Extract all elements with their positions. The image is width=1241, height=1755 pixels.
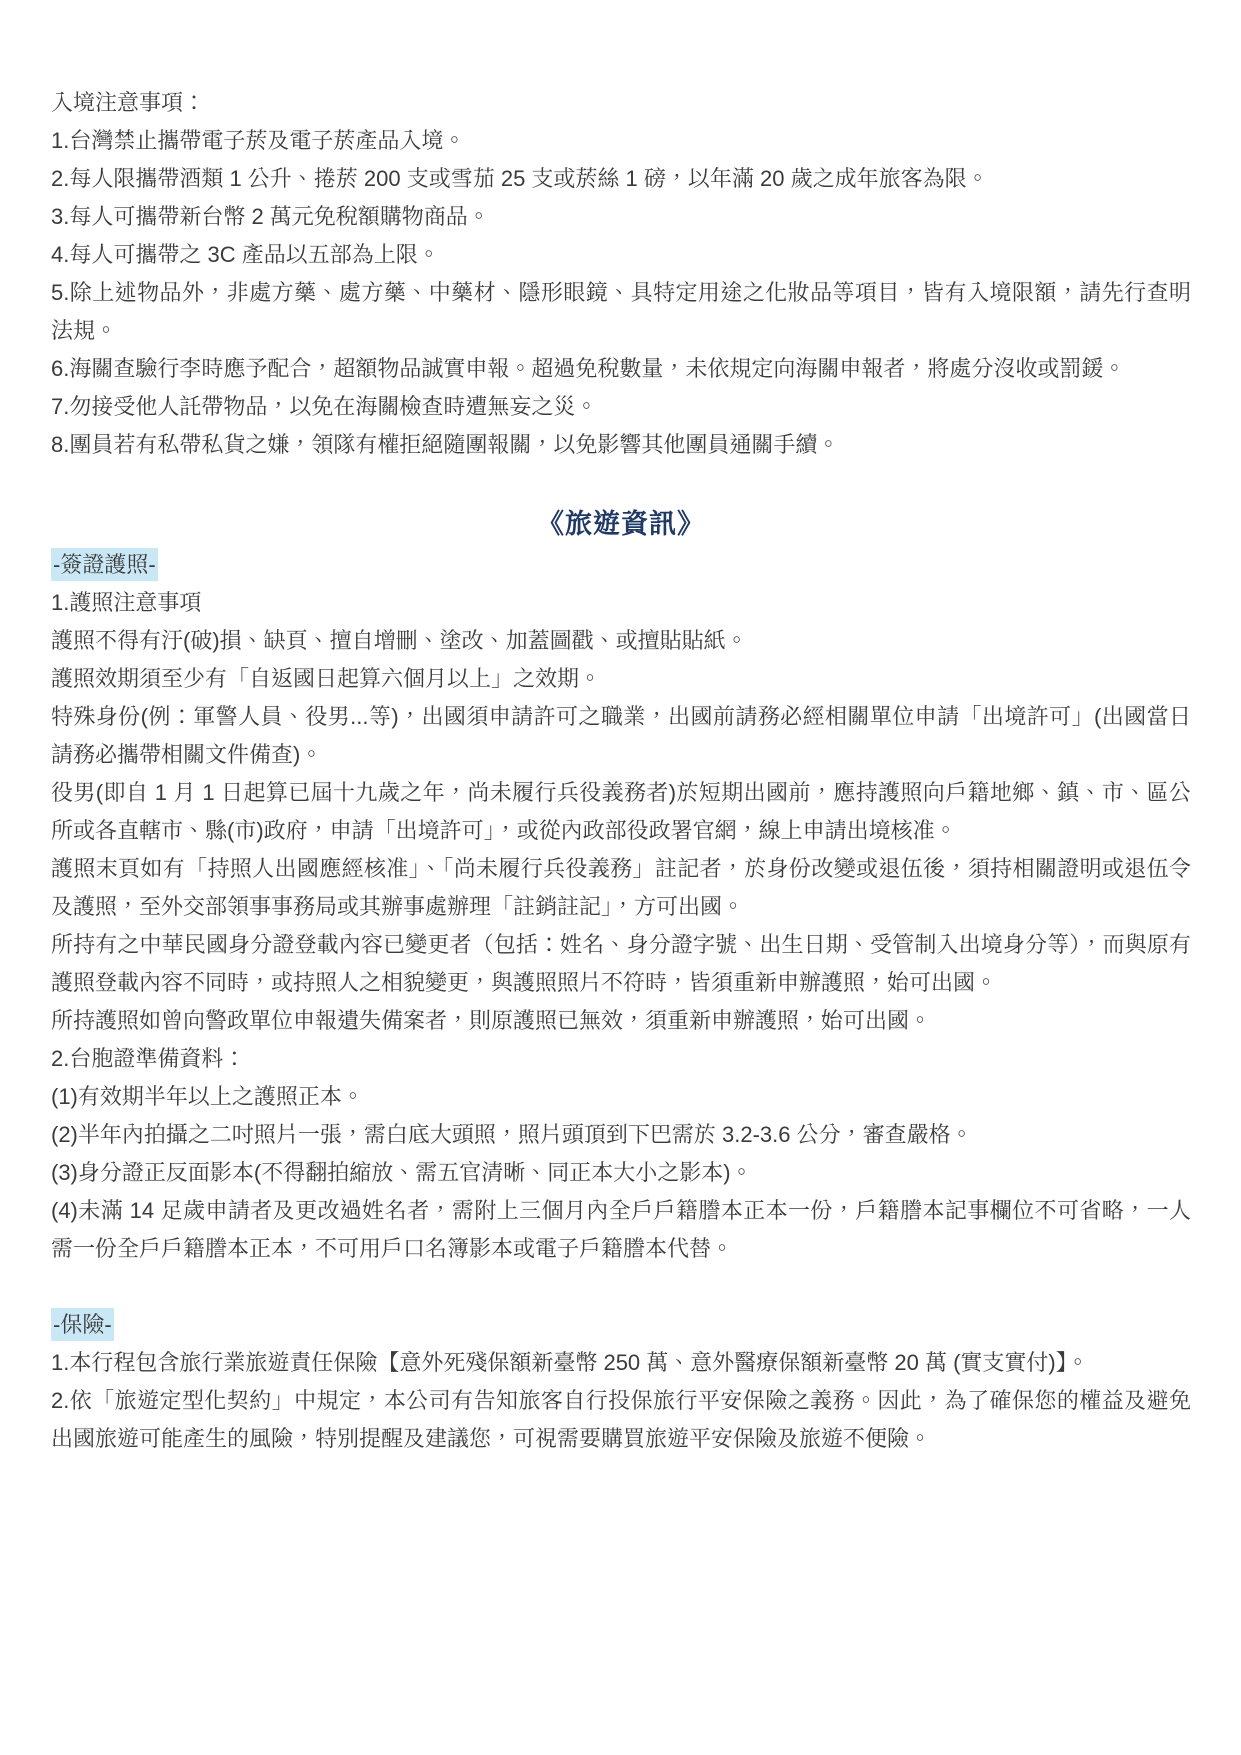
visa-paragraph-11: (2)半年內拍攝之二吋照片一張，需白底大頭照，照片頭頂到下巴需於 3.2-3.6… bbox=[51, 1116, 1191, 1154]
visa-paragraph-8: 所持護照如曾向警政單位申報遺失備案者，則原護照已無效，須重新申辦護照，始可出國。 bbox=[51, 1002, 1191, 1040]
section-spacer bbox=[51, 464, 1191, 502]
visa-paragraph-12: (3)身分證正反面影本(不得翻拍縮放、需五官清晰、同正本大小之影本)。 bbox=[51, 1154, 1191, 1192]
travel-info-title: 《旅遊資訊》 bbox=[51, 502, 1191, 546]
entry-note-item-4: 4.每人可攜帶之 3C 產品以五部為上限。 bbox=[51, 236, 1191, 274]
entry-note-item-8: 8.團員若有私帶私貨之嫌，領隊有權拒絕隨團報關，以免影響其他團員通關手續。 bbox=[51, 426, 1191, 464]
insurance-paragraph-1: 1.本行程包含旅行業旅遊責任保險【意外死殘保額新臺幣 250 萬、意外醫療保額新… bbox=[51, 1344, 1191, 1382]
visa-paragraph-1: 1.護照注意事項 bbox=[51, 584, 1191, 622]
visa-passport-section-label: -簽證護照- bbox=[51, 548, 158, 581]
visa-paragraph-3: 護照效期須至少有「自返國日起算六個月以上」之效期。 bbox=[51, 660, 1191, 698]
entry-note-item-2: 2.每人限攜帶酒類 1 公升、捲菸 200 支或雪茄 25 支或菸絲 1 磅，以… bbox=[51, 160, 1191, 198]
visa-paragraph-4: 特殊身份(例：軍警人員、役男...等)，出國須申請許可之職業，出國前請務必經相關… bbox=[51, 698, 1191, 774]
visa-paragraph-5: 役男(即自 1 月 1 日起算已屆十九歲之年，尚未履行兵役義務者)於短期出國前，… bbox=[51, 774, 1191, 850]
entry-notes-heading: 入境注意事項： bbox=[51, 84, 1191, 122]
visa-paragraph-9: 2.台胞證準備資料： bbox=[51, 1040, 1191, 1078]
visa-passport-section-header: -簽證護照- bbox=[51, 546, 1191, 584]
entry-note-item-6: 6.海關查驗行李時應予配合，超額物品誠實申報。超過免稅數量，未依規定向海關申報者… bbox=[51, 350, 1191, 388]
insurance-paragraph-2: 2.依「旅遊定型化契約」中規定，本公司有告知旅客自行投保旅行平安保險之義務。因此… bbox=[51, 1382, 1191, 1458]
visa-paragraph-10: (1)有效期半年以上之護照正本。 bbox=[51, 1078, 1191, 1116]
document-page: 入境注意事項： 1.台灣禁止攜帶電子菸及電子菸產品入境。 2.每人限攜帶酒類 1… bbox=[0, 0, 1241, 1518]
visa-paragraph-13: (4)未滿 14 足歲申請者及更改過姓名者，需附上三個月內全戶戶籍謄本正本一份，… bbox=[51, 1192, 1191, 1268]
visa-paragraph-6: 護照末頁如有「持照人出國應經核准」、「尚未履行兵役義務」註記者，於身份改變或退伍… bbox=[51, 850, 1191, 926]
insurance-section-header: -保險- bbox=[51, 1306, 1191, 1344]
entry-note-item-5: 5.除上述物品外，非處方藥、處方藥、中藥材、隱形眼鏡、具特定用途之化妝品等項目，… bbox=[51, 274, 1191, 350]
section-spacer bbox=[51, 1268, 1191, 1306]
insurance-section-label: -保險- bbox=[51, 1308, 114, 1341]
visa-paragraph-7: 所持有之中華民國身分證登載內容已變更者（包括：姓名、身分證字號、出生日期、受管制… bbox=[51, 926, 1191, 1002]
visa-paragraph-2: 護照不得有汙(破)損、缺頁、擅自增刪、塗改、加蓋圖戳、或擅貼貼紙。 bbox=[51, 622, 1191, 660]
entry-note-item-1: 1.台灣禁止攜帶電子菸及電子菸產品入境。 bbox=[51, 122, 1191, 160]
entry-note-item-7: 7.勿接受他人託帶物品，以免在海關檢查時遭無妄之災。 bbox=[51, 388, 1191, 426]
entry-note-item-3: 3.每人可攜帶新台幣 2 萬元免稅額購物商品。 bbox=[51, 198, 1191, 236]
